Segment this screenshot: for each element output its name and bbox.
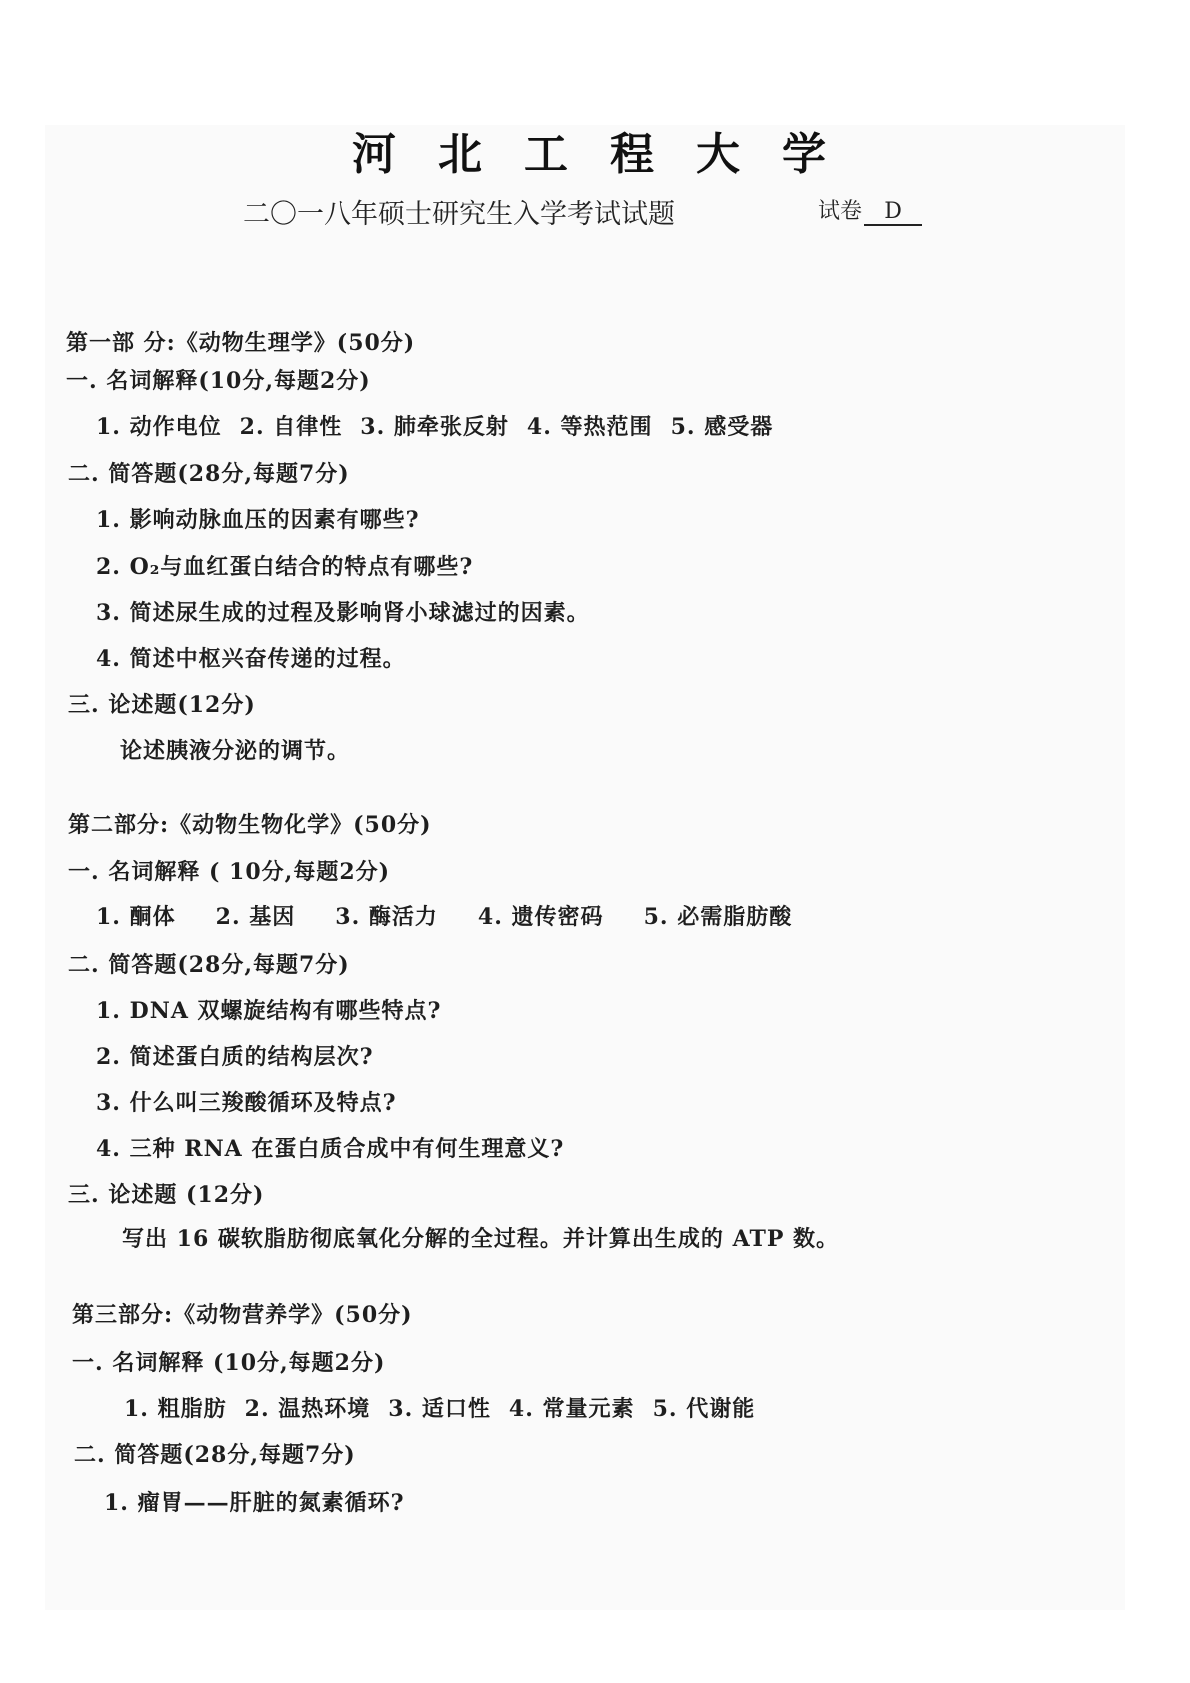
term: 1. 酮体 bbox=[96, 904, 176, 930]
question: 1. DNA 双螺旋结构有哪些特点? bbox=[96, 994, 441, 1025]
question: 3. 简述尿生成的过程及影响肾小球滤过的因素。 bbox=[96, 596, 590, 627]
term: 3. 肺牵张反射 bbox=[360, 414, 509, 440]
term: 5. 感受器 bbox=[671, 414, 774, 440]
term: 4. 常量元素 bbox=[509, 1396, 635, 1422]
term: 3. 酶活力 bbox=[335, 904, 438, 930]
question: 1. 瘤胃——肝脏的氮素循环? bbox=[104, 1486, 405, 1517]
term: 5. 代谢能 bbox=[653, 1396, 756, 1422]
question: 2. 简述蛋白质的结构层次? bbox=[96, 1040, 374, 1071]
term: 5. 必需脂肪酸 bbox=[644, 904, 793, 930]
term: 4. 遗传密码 bbox=[478, 904, 604, 930]
term: 2. 自律性 bbox=[240, 414, 343, 440]
term-list: 1. 酮体2. 基因3. 酶活力4. 遗传密码5. 必需脂肪酸 bbox=[96, 900, 832, 931]
section-heading: 三. 论述题(12分) bbox=[68, 688, 256, 719]
term: 2. 温热环境 bbox=[245, 1396, 371, 1422]
paper-label-text: 试卷 bbox=[818, 199, 862, 224]
term: 4. 等热范围 bbox=[527, 414, 653, 440]
question: 3. 什么叫三羧酸循环及特点? bbox=[96, 1086, 397, 1117]
section-heading: 一. 名词解释 (10分,每题2分) bbox=[72, 1346, 385, 1377]
section-heading: 二. 简答题(28分,每题7分) bbox=[68, 948, 350, 979]
part-title: 第二部分:《动物生物化学》(50分) bbox=[68, 808, 432, 839]
term: 1. 粗脂肪 bbox=[124, 1396, 227, 1422]
paper-code-label: 试卷D bbox=[818, 194, 922, 226]
section-heading: 二. 简答题(28分,每题7分) bbox=[68, 457, 350, 488]
question: 1. 影响动脉血压的因素有哪些? bbox=[96, 503, 420, 534]
university-title: 河北工程大学 bbox=[0, 118, 1190, 182]
section-heading: 三. 论述题 (12分) bbox=[68, 1178, 264, 1209]
term-list: 1. 粗脂肪2. 温热环境3. 适口性4. 常量元素5. 代谢能 bbox=[124, 1392, 773, 1423]
paper-code: D bbox=[864, 199, 922, 226]
term: 3. 适口性 bbox=[388, 1396, 491, 1422]
question: 4. 三种 RNA 在蛋白质合成中有何生理意义? bbox=[96, 1132, 564, 1163]
question: 2. O₂与血红蛋白结合的特点有哪些? bbox=[96, 550, 473, 581]
page-cutoff bbox=[0, 1612, 1190, 1683]
term: 2. 基因 bbox=[216, 904, 296, 930]
part-title: 第一部 分:《动物生理学》(50分) bbox=[66, 326, 415, 357]
section-heading: 二. 简答题(28分,每题7分) bbox=[74, 1438, 356, 1469]
term: 1. 动作电位 bbox=[96, 414, 222, 440]
exam-title: 二〇一八年硕士研究生入学考试试题 bbox=[243, 192, 675, 231]
question: 4. 简述中枢兴奋传递的过程。 bbox=[96, 642, 406, 673]
question: 写出 16 碳软脂肪彻底氧化分解的全过程。并计算出生成的 ATP 数。 bbox=[122, 1222, 839, 1253]
question: 论述胰液分泌的调节。 bbox=[120, 734, 350, 765]
term-list: 1. 动作电位2. 自律性3. 肺牵张反射4. 等热范围5. 感受器 bbox=[96, 410, 791, 441]
part-title: 第三部分:《动物营养学》(50分) bbox=[72, 1298, 413, 1329]
section-heading: 一. 名词解释(10分,每题2分) bbox=[66, 364, 371, 395]
section-heading: 一. 名词解释 ( 10分,每题2分) bbox=[68, 855, 390, 886]
